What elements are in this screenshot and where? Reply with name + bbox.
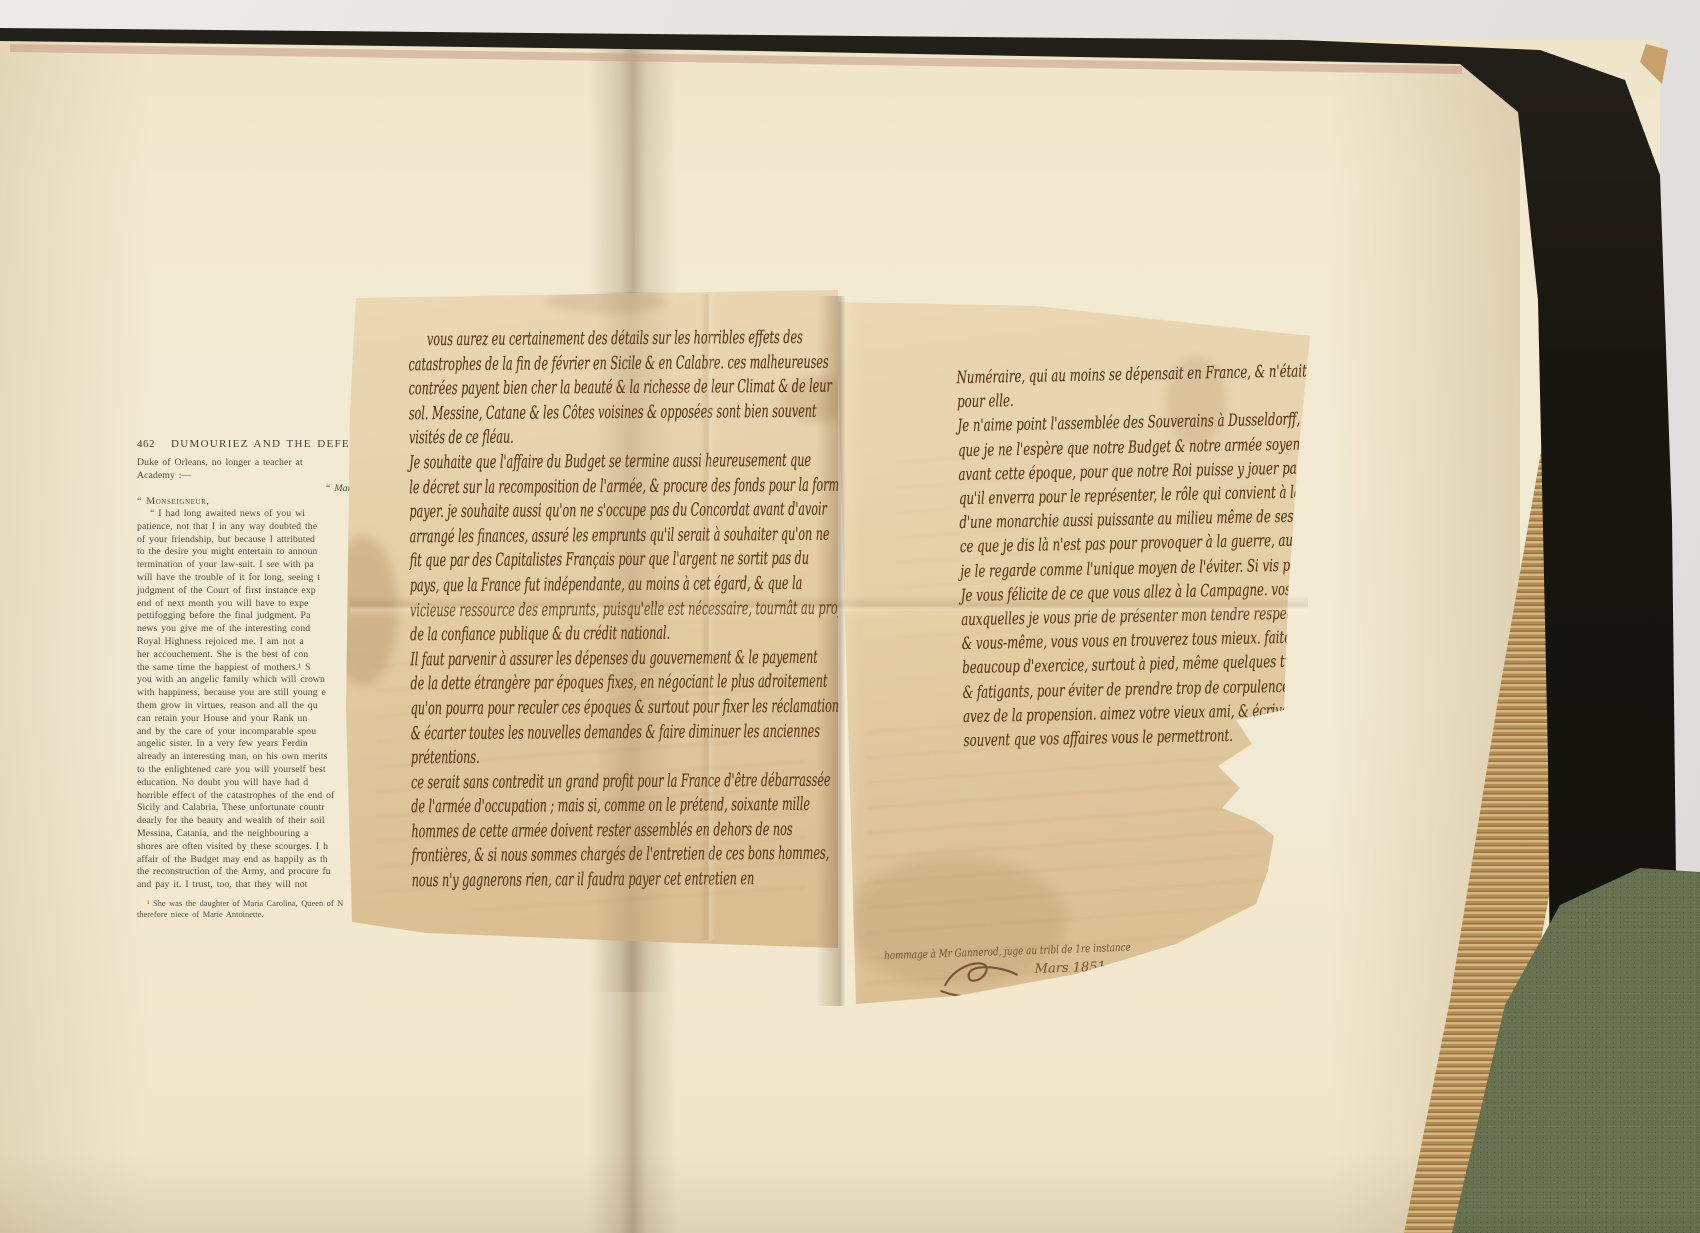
letter-over-gutter-shade	[596, 292, 674, 992]
letter-vertical-crease	[700, 294, 716, 940]
letter-center-fold	[816, 296, 862, 1006]
printed-running-title: DUMOURIEZ AND THE DEFEN	[171, 438, 359, 450]
printed-page-number: 462	[137, 438, 155, 450]
manuscript-right-leaf: Numéraire, qui au moins se dépensait en …	[836, 296, 1324, 1008]
left-page-shading	[0, 40, 150, 1233]
photo-scene: 462DUMOURIEZ AND THE DEFEN Duke of Orlea…	[0, 0, 1700, 1233]
manuscript-left-leaf: vous aurez eu certainement des détails s…	[346, 290, 838, 948]
